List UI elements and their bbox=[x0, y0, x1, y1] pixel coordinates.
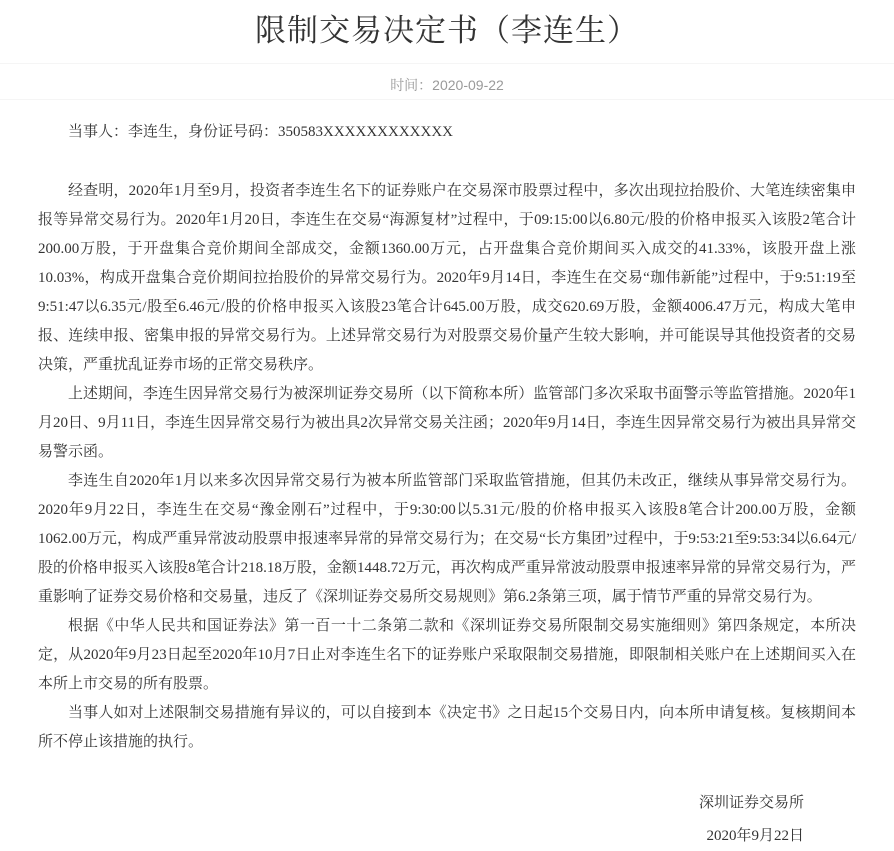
page-title: 限制交易决定书（李连生） bbox=[0, 0, 894, 50]
party-line: 当事人：李连生，身份证号码：350583XXXXXXXXXXXX bbox=[38, 118, 856, 147]
publish-time: 时间：2020-09-22 bbox=[390, 77, 504, 93]
document-body: 当事人：李连生，身份证号码：350583XXXXXXXXXXXX 经查明，202… bbox=[0, 118, 894, 851]
paragraph: 李连生自2020年1月以来多次因异常交易行为被本所监管部门采取监管措施，但其仍未… bbox=[38, 467, 856, 612]
paragraph: 根据《中华人民共和国证券法》第一百一十二条第二款和《深圳证券交易所限制交易实施细… bbox=[38, 612, 856, 699]
paragraph: 当事人如对上述限制交易措施有异议的，可以自接到本《决定书》之日起15个交易日内，… bbox=[38, 699, 856, 757]
signature-block: 深圳证券交易所 2020年9月22日 bbox=[38, 787, 856, 851]
body-paragraphs: 经查明，2020年1月至9月，投资者李连生名下的证券账户在交易深市股票过程中，多… bbox=[38, 177, 856, 757]
signature-org: 深圳证券交易所 bbox=[38, 787, 804, 820]
signature-date: 2020年9月22日 bbox=[38, 820, 804, 851]
document-page: 限制交易决定书（李连生） 时间：2020-09-22 当事人：李连生，身份证号码… bbox=[0, 0, 894, 851]
paragraph: 上述期间，李连生因异常交易行为被深圳证券交易所（以下简称本所）监管部门多次采取书… bbox=[38, 380, 856, 467]
paragraph: 经查明，2020年1月至9月，投资者李连生名下的证券账户在交易深市股票过程中，多… bbox=[38, 177, 856, 380]
publish-time-bar: 时间：2020-09-22 bbox=[0, 63, 894, 100]
